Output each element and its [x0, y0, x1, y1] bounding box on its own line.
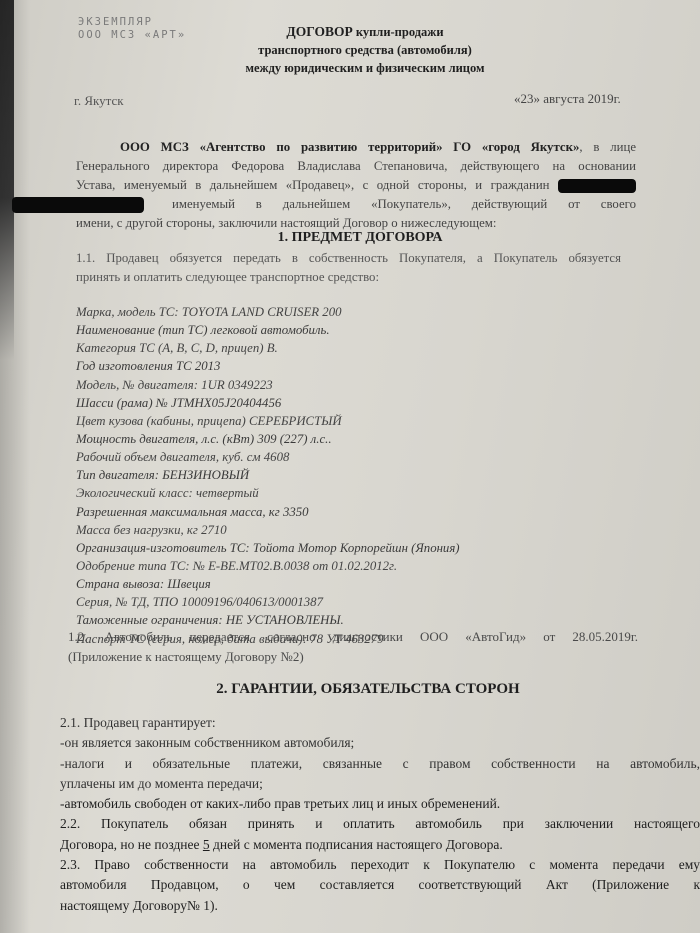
spec-value: B.: [264, 341, 278, 355]
spec-label: Экологический класс:: [76, 486, 193, 500]
payment-days: 5: [203, 837, 210, 852]
spec-label: Тип двигателя:: [76, 468, 159, 482]
spec-row: Категория ТС (A, B, C, D, прицеп) B.: [76, 339, 460, 357]
clause-2-1-line: -автомобиль свободен от каких-либо прав …: [60, 794, 700, 814]
contract-page: ЭКЗЕМПЛЯР ООО МСЗ «АРТ» ДОГОВОР купли-пр…: [0, 0, 700, 933]
spec-value: Тойота Мотор Корпорейшн (Япония): [250, 541, 460, 555]
spec-label: Марка, модель ТС:: [76, 305, 179, 319]
spec-value: НЕ УСТАНОВЛЕНЫ.: [223, 613, 344, 627]
vehicle-specs-list: Марка, модель ТС: TOYOTA LAND CRUISER 20…: [76, 303, 460, 648]
clause-2-3-line: автомобиля Продавцом, о чем составляется…: [60, 875, 700, 895]
clause-2-2-line: 2.2. Покупатель обязан принять и оплатит…: [60, 814, 700, 834]
spec-value: 309 (227) л.с..: [254, 432, 331, 446]
clause-1-2: 1.2. Автомобиль передается согласно диаг…: [68, 627, 638, 667]
spec-value: четвертый: [193, 486, 259, 500]
spec-value: 1UR 0349223: [198, 378, 273, 392]
preamble-line-3: Устава, именуемый в дальнейшем «Продавец…: [76, 176, 636, 195]
spec-row: Марка, модель ТС: TOYOTA LAND CRUISER 20…: [76, 303, 460, 321]
city: г. Якутск: [74, 93, 124, 109]
spec-value: СЕРЕБРИСТЫЙ: [246, 414, 342, 428]
section-2-heading: 2. ГАРАНТИИ, ОБЯЗАТЕЛЬСТВА СТОРОН: [0, 681, 700, 698]
spec-value: 3350: [280, 505, 309, 519]
clause-1-1-line-2: принять и оплатить следующее транспортно…: [76, 268, 621, 287]
clause-2-2-line: Договора, но не позднее 5 дней с момента…: [60, 835, 700, 855]
spec-row: Разрешенная максимальная масса, кг 3350: [76, 503, 460, 521]
spec-row: Серия, № ТД, ТПО 10009196/040613/0001387: [76, 593, 460, 611]
spec-label: Масса без нагрузки, кг: [76, 523, 198, 537]
spec-label: Страна вывоза:: [76, 577, 164, 591]
contract-date: «23» августа 2019г.: [514, 91, 621, 107]
preamble-line-4: именуемый в дальнейшем «Покупатель», дей…: [76, 195, 636, 214]
spec-label: Разрешенная максимальная масса, кг: [76, 505, 280, 519]
clause-1-2-line-2: (Приложение к настоящему Договору №2): [68, 647, 638, 667]
spec-label: Организация-изготовитель ТС:: [76, 541, 250, 555]
spec-row: Рабочий объем двигателя, куб. см 4608: [76, 448, 460, 466]
spec-label: Одобрение типа ТС:: [76, 559, 190, 573]
title-subtitle-1: транспортного средства (автомобиля): [0, 41, 700, 59]
spec-label: Таможенные ограничения:: [76, 613, 223, 627]
spec-value: 2710: [198, 523, 227, 537]
spec-value: БЕНЗИНОВЫЙ: [159, 468, 249, 482]
spec-label: Модель, № двигателя:: [76, 378, 198, 392]
spec-row: Тип двигателя: БЕНЗИНОВЫЙ: [76, 466, 460, 484]
clause-2-1-line: 2.1. Продавец гарантирует:: [60, 713, 700, 733]
clause-2-1-line: -он является законным собственником авто…: [60, 733, 700, 753]
spec-label: Мощность двигателя, л.с. (кВт): [76, 432, 254, 446]
spec-row: Одобрение типа ТС: № E-BE.MT02.B.0038 от…: [76, 557, 460, 575]
spec-value: Швеция: [164, 577, 211, 591]
clause-1-2-line-1: 1.2. Автомобиль передается согласно диаг…: [68, 627, 638, 647]
section-1-heading: 1. ПРЕДМЕТ ДОГОВОРА: [0, 230, 700, 246]
spec-row: Год изготовления ТС 2013: [76, 357, 460, 375]
spec-value: 10009196/040613/0001387: [178, 595, 323, 609]
redacted-buyer-name-2: [12, 197, 144, 213]
spec-value: легковой автомобиль.: [208, 323, 330, 337]
spec-label: Рабочий объем двигателя, куб. см: [76, 450, 261, 464]
spec-row: Масса без нагрузки, кг 2710: [76, 521, 460, 539]
spec-value: 2013: [192, 359, 221, 373]
spec-label: Серия, № ТД, ТПО: [76, 595, 178, 609]
spec-row: Модель, № двигателя: 1UR 0349223: [76, 376, 460, 394]
spec-row: Организация-изготовитель ТС: Тойота Мото…: [76, 539, 460, 557]
spec-row: Мощность двигателя, л.с. (кВт) 309 (227)…: [76, 430, 460, 448]
preamble-line-2: Генерального директора Федорова Владисла…: [76, 157, 636, 176]
preamble-line-1: ООО МСЗ «Агентство по развитию территори…: [76, 138, 636, 157]
spec-label: Год изготовления ТС: [76, 359, 192, 373]
preamble: ООО МСЗ «Агентство по развитию территори…: [76, 138, 636, 233]
redacted-buyer-name-1: [558, 179, 636, 193]
clause-2-1-line: уплачены им до момента передачи;: [60, 774, 700, 794]
spec-value: JTMHX05J20404456: [168, 396, 281, 410]
clause-2-1-line: -налоги и обязательные платежи, связанны…: [60, 754, 700, 774]
clause-2-3-line: 2.3. Право собственности на автомобиль п…: [60, 855, 700, 875]
spec-value: TOYOTA LAND CRUISER 200: [179, 305, 342, 319]
spec-label: Категория ТС (A, B, C, D, прицеп): [76, 341, 264, 355]
spec-row: Цвет кузова (кабины, прицепа) СЕРЕБРИСТЫ…: [76, 412, 460, 430]
spec-value: 4608: [261, 450, 290, 464]
spec-value: № E-BE.MT02.B.0038 от 01.02.2012г.: [190, 559, 397, 573]
spec-row: Экологический класс: четвертый: [76, 484, 460, 502]
section-2-body: 2.1. Продавец гарантирует: -он является …: [60, 713, 700, 916]
spec-row: Страна вывоза: Швеция: [76, 575, 460, 593]
title-rest: купли-продажи: [353, 25, 444, 39]
title-bold: ДОГОВОР: [286, 24, 352, 39]
document-title: ДОГОВОР купли-продажи транспортного сред…: [0, 23, 700, 77]
clause-2-3-line: настоящему Договору№ 1).: [60, 896, 700, 916]
title-subtitle-2: между юридическим и физическим лицом: [0, 59, 700, 77]
clause-1-1-line-1: 1.1. Продавец обязуется передать в собст…: [76, 249, 621, 268]
spec-label: Наименование (тип ТС): [76, 323, 208, 337]
clause-1-1: 1.1. Продавец обязуется передать в собст…: [76, 249, 621, 287]
spec-row: Шасси (рама) № JTMHX05J20404456: [76, 394, 460, 412]
seller-org: ООО МСЗ «Агентство по развитию территори…: [120, 140, 579, 154]
spec-row: Наименование (тип ТС) легковой автомобил…: [76, 321, 460, 339]
spec-label: Шасси (рама) №: [76, 396, 168, 410]
spec-label: Цвет кузова (кабины, прицепа): [76, 414, 246, 428]
